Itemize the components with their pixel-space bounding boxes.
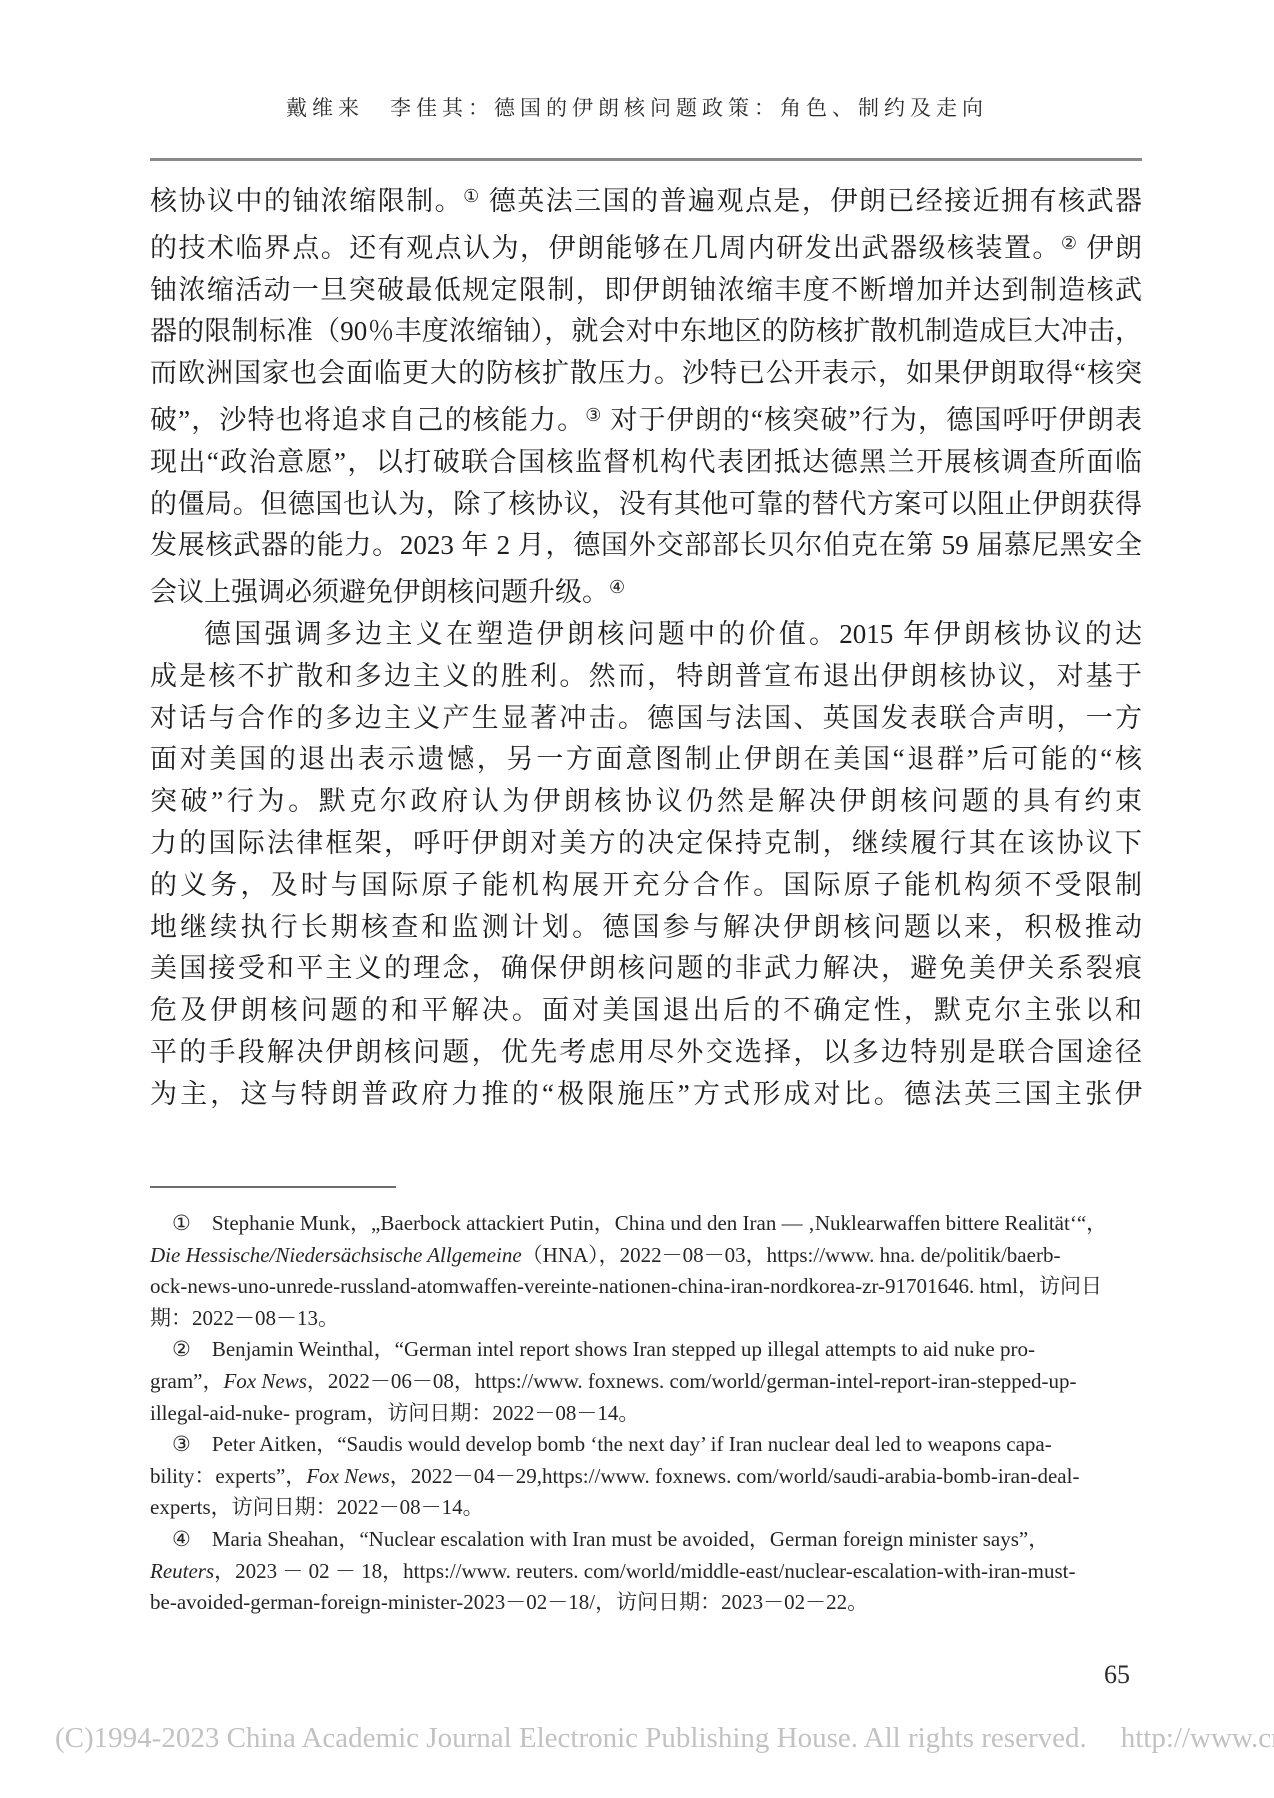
body-line: 核协议中的铀浓缩限制。① 德英法三国的普遍观点是，伊朗已经接近拥有核武器	[150, 176, 1142, 223]
footnote-line: ock-news-uno-unrede-russland-atomwaffen-…	[150, 1271, 1142, 1303]
body-line: 为主，这与特朗普政府力推的“极限施压”方式形成对比。德法英三国主张伊	[150, 1074, 1142, 1116]
text-run: 面对美国的退出表示遗憾，另一方面意图制止伊朗在美国“退群”后可能的“核	[150, 744, 1142, 774]
text-run: ② Benjamin Weinthal，“German intel report…	[172, 1337, 1035, 1361]
text-run: gram”，	[150, 1369, 223, 1393]
text-run: bility：experts”，	[150, 1464, 306, 1488]
text-run: ④ Maria Sheahan，“Nuclear escalation with…	[172, 1527, 1049, 1551]
text-run: 力的国际法律框架，呼吁伊朗对美方的决定保持克制，继续履行其在该协议下	[150, 828, 1142, 858]
body-text: 核协议中的铀浓缩限制。① 德英法三国的普遍观点是，伊朗已经接近拥有核武器的技术临…	[150, 176, 1142, 1116]
text-run: 器的限制标准（90％丰度浓缩铀），就会对中东地区的防核扩散机制造成巨大冲击，	[150, 316, 1142, 346]
text-run: 核协议中的铀浓缩限制。	[150, 186, 463, 216]
text-run: 伊朗	[1078, 233, 1142, 263]
footnote-marker-superscript: ①	[463, 186, 480, 206]
footnote-line: illegal-aid-nuke- program，访问日期：2022－08－1…	[150, 1398, 1142, 1430]
running-head-title: 戴维来 李佳其：德国的伊朗核问题政策：角色、制约及走向	[141, 92, 1133, 122]
text-run: 为主，这与特朗普政府力推的“极限施压”方式形成对比。德法英三国主张伊	[150, 1079, 1142, 1109]
footnotes: ① Stephanie Munk，„Baerbock attackiert Pu…	[150, 1208, 1142, 1619]
body-line: 铀浓缩活动一旦突破最低规定限制，即伊朗铀浓缩丰度不断增加并达到制造核武	[150, 270, 1142, 312]
text-run: 德英法三国的普遍观点是，伊朗已经接近拥有核武器	[481, 186, 1142, 216]
footnote-line: 期：2022－08－13。	[150, 1303, 1142, 1335]
body-line: 的技术临界点。还有观点认为，伊朗能够在几周内研发出武器级核装置。② 伊朗	[150, 223, 1142, 270]
footnote-line: be-avoided-german-foreign-minister-2023－…	[150, 1587, 1142, 1619]
text-run: （HNA），2022－08－03，https://www. hna. de/po…	[522, 1243, 1061, 1267]
text-run: 铀浓缩活动一旦突破最低规定限制，即伊朗铀浓缩丰度不断增加并达到制造核武	[150, 275, 1142, 305]
text-run: ock-news-uno-unrede-russland-atomwaffen-…	[150, 1274, 1102, 1298]
text-run: 德国强调多边主义在塑造伊朗核问题中的价值。2015 年伊朗核协议的达	[204, 619, 1142, 649]
text-run: 对话与合作的多边主义产生显著冲击。德国与法国、英国发表联合声明，一方	[150, 703, 1142, 733]
text-run: ③ Peter Aitken，“Saudis would develop bom…	[172, 1432, 1052, 1456]
text-run: 而欧洲国家也会面临更大的防核扩散压力。沙特已公开表示，如果伊朗取得“核突	[150, 358, 1142, 388]
footnote: ④ Maria Sheahan，“Nuclear escalation with…	[150, 1524, 1142, 1619]
text-run: 现出“政治意愿”，以打破联合国核监督机构代表团抵达德黑兰开展核调查所面临	[150, 447, 1142, 477]
footnote-line: ① Stephanie Munk，„Baerbock attackiert Pu…	[150, 1208, 1142, 1240]
footnote-line: bility：experts”，Fox News，2022－04－29,http…	[150, 1461, 1142, 1493]
watermark-url-text: http://www.cnki.	[1121, 1722, 1274, 1754]
text-run: experts，访问日期：2022－08－14。	[150, 1495, 484, 1519]
text-run: 会议上强调必须避免伊朗核问题升级。	[150, 577, 609, 607]
body-line: 突破”行为。默克尔政府认为伊朗核协议仍然是解决伊朗核问题的具有约束	[150, 781, 1142, 823]
text-run: 平的手段解决伊朗核问题，优先考虑用尽外交选择，以多边特别是联合国途径	[150, 1037, 1142, 1067]
footnote-line: ④ Maria Sheahan，“Nuclear escalation with…	[150, 1524, 1142, 1556]
text-run: 期：2022－08－13。	[150, 1306, 339, 1330]
text-run: 地继续执行长期核查和监测计划。德国参与解决伊朗核问题以来，积极推动	[150, 912, 1142, 942]
footnote: ① Stephanie Munk，„Baerbock attackiert Pu…	[150, 1208, 1142, 1334]
body-line: 德国强调多边主义在塑造伊朗核问题中的价值。2015 年伊朗核协议的达	[150, 614, 1142, 656]
body-line: 面对美国的退出表示遗憾，另一方面意图制止伊朗在美国“退群”后可能的“核	[150, 739, 1142, 781]
footnote-line: experts，访问日期：2022－08－14。	[150, 1492, 1142, 1524]
text-run: 美国接受和平主义的理念，确保伊朗核问题的非武力解决，避免美伊关系裂痕	[150, 953, 1142, 983]
footnote-marker-superscript: ③	[585, 405, 602, 425]
body-line: 危及伊朗核问题的和平解决。面对美国退出后的不确定性，默克尔主张以和	[150, 990, 1142, 1032]
journal-name-italic: Fox News	[306, 1464, 389, 1488]
watermark-copyright-text: (C)1994-2023 China Academic Journal Elec…	[55, 1722, 1087, 1754]
body-line: 现出“政治意愿”，以打破联合国核监督机构代表团抵达德黑兰开展核调查所面临	[150, 442, 1142, 484]
body-line: 的僵局。但德国也认为，除了核协议，没有其他可靠的替代方案可以阻止伊朗获得	[150, 484, 1142, 526]
body-line: 美国接受和平主义的理念，确保伊朗核问题的非武力解决，避免美伊关系裂痕	[150, 948, 1142, 990]
body-line: 的义务，及时与国际原子能机构展开充分合作。国际原子能机构须不受限制	[150, 865, 1142, 907]
footnote-line: ③ Peter Aitken，“Saudis would develop bom…	[150, 1429, 1142, 1461]
cnki-watermark: (C)1994-2023 China Academic Journal Elec…	[55, 1722, 1274, 1755]
text-run: ，2023 － 02 － 18，https://www. reuters. co…	[214, 1559, 1075, 1583]
body-line: 会议上强调必须避免伊朗核问题升级。④	[150, 567, 1142, 614]
header-rule	[150, 158, 1142, 161]
body-line: 而欧洲国家也会面临更大的防核扩散压力。沙特已公开表示，如果伊朗取得“核突	[150, 353, 1142, 395]
journal-name-italic: Fox News	[223, 1369, 306, 1393]
text-run: ① Stephanie Munk，„Baerbock attackiert Pu…	[172, 1211, 1107, 1235]
body-line: 破”，沙特也将追求自己的核能力。③ 对于伊朗的“核突破”行为，德国呼吁伊朗表	[150, 395, 1142, 442]
page-number: 65	[150, 1660, 1142, 1690]
body-line: 地继续执行长期核查和监测计划。德国参与解决伊朗核问题以来，积极推动	[150, 907, 1142, 949]
footnote-line: gram”，Fox News，2022－06－08，https://www. f…	[150, 1366, 1142, 1398]
body-line: 器的限制标准（90％丰度浓缩铀），就会对中东地区的防核扩散机制造成巨大冲击，	[150, 311, 1142, 353]
text-run: illegal-aid-nuke- program，访问日期：2022－08－1…	[150, 1401, 639, 1425]
text-run: 破”，沙特也将追求自己的核能力。	[150, 405, 585, 435]
footnote-line: ② Benjamin Weinthal，“German intel report…	[150, 1334, 1142, 1366]
body-line: 平的手段解决伊朗核问题，优先考虑用尽外交选择，以多边特别是联合国途径	[150, 1032, 1142, 1074]
text-run: 对于伊朗的“核突破”行为，德国呼吁伊朗表	[602, 405, 1142, 435]
text-run: 危及伊朗核问题的和平解决。面对美国退出后的不确定性，默克尔主张以和	[150, 995, 1142, 1025]
footnote-line: Reuters，2023 － 02 － 18，https://www. reut…	[150, 1556, 1142, 1588]
text-run: 发展核武器的能力。2023 年 2 月，德国外交部部长贝尔伯克在第 59 届慕尼…	[150, 530, 1142, 560]
text-run: 的技术临界点。还有观点认为，伊朗能够在几周内研发出武器级核装置。	[150, 233, 1061, 263]
journal-page: 戴维来 李佳其：德国的伊朗核问题政策：角色、制约及走向 核协议中的铀浓缩限制。①…	[0, 0, 1274, 1798]
body-line: 对话与合作的多边主义产生显著冲击。德国与法国、英国发表联合声明，一方	[150, 698, 1142, 740]
footnote: ② Benjamin Weinthal，“German intel report…	[150, 1334, 1142, 1429]
body-line: 成是核不扩散和多边主义的胜利。然而，特朗普宣布退出伊朗核协议，对基于	[150, 656, 1142, 698]
text-run: ，2022－06－08，https://www. foxnews. com/wo…	[307, 1369, 1077, 1393]
footnote-marker-superscript: ②	[1061, 233, 1078, 253]
journal-name-italic: Reuters	[150, 1559, 214, 1583]
text-run: 突破”行为。默克尔政府认为伊朗核协议仍然是解决伊朗核问题的具有约束	[150, 786, 1142, 816]
footnote-marker-superscript: ④	[609, 577, 625, 597]
body-line: 发展核武器的能力。2023 年 2 月，德国外交部部长贝尔伯克在第 59 届慕尼…	[150, 525, 1142, 567]
text-run: be-avoided-german-foreign-minister-2023－…	[150, 1590, 868, 1614]
footnote-line: Die Hessische/Niedersächsische Allgemein…	[150, 1240, 1142, 1272]
text-run: ，2022－04－29,https://www. foxnews. com/wo…	[390, 1464, 1080, 1488]
body-line: 力的国际法律框架，呼吁伊朗对美方的决定保持克制，继续履行其在该协议下	[150, 823, 1142, 865]
text-run: 的僵局。但德国也认为，除了核协议，没有其他可靠的替代方案可以阻止伊朗获得	[150, 489, 1142, 519]
text-run: 的义务，及时与国际原子能机构展开充分合作。国际原子能机构须不受限制	[150, 870, 1142, 900]
footnote: ③ Peter Aitken，“Saudis would develop bom…	[150, 1429, 1142, 1524]
footnote-separator-rule	[150, 1186, 396, 1188]
journal-name-italic: Die Hessische/Niedersächsische Allgemein…	[150, 1243, 522, 1267]
text-run: 成是核不扩散和多边主义的胜利。然而，特朗普宣布退出伊朗核协议，对基于	[150, 661, 1142, 691]
